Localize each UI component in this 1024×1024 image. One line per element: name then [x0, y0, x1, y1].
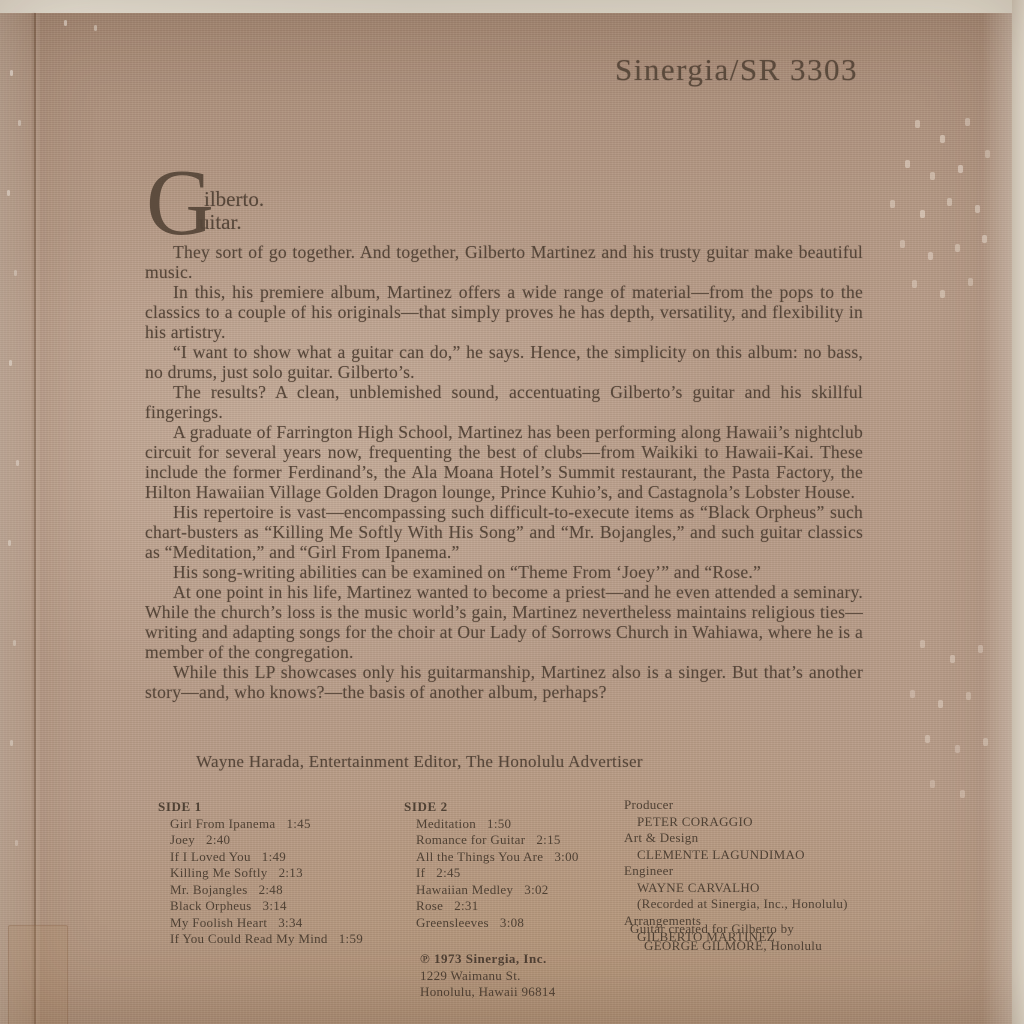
track-title: My Foolish Heart	[170, 915, 267, 930]
side1-tracklist: SIDE 1 Girl From Ipanema1:45 Joey2:40 If…	[158, 799, 363, 948]
track-time: 2:40	[206, 832, 230, 847]
liner-paragraph: A graduate of Farrington High School, Ma…	[145, 422, 863, 502]
credit-entry: Art & Design CLEMENTE LAGUNDIMAO	[624, 830, 848, 863]
track-title: If I Loved You	[170, 849, 251, 864]
price-sticker-residue	[8, 925, 68, 1024]
track-time: 2:13	[279, 865, 303, 880]
side1-tracks: Girl From Ipanema1:45 Joey2:40 If I Love…	[170, 816, 363, 948]
side2-label: SIDE 2	[404, 799, 579, 816]
side2-tracks: Meditation1:50 Romance for Guitar2:15 Al…	[416, 816, 579, 932]
track-title: Meditation	[416, 816, 476, 831]
catalog-number: Sinergia/SR 3303	[615, 52, 858, 88]
shrinkwrap-right-edge	[1012, 0, 1024, 1024]
track-row: Girl From Ipanema1:45	[170, 816, 363, 833]
side2-tracklist: SIDE 2 Meditation1:50 Romance for Guitar…	[404, 799, 579, 931]
liner-notes: They sort of go together. And together, …	[145, 242, 863, 702]
track-time: 3:14	[263, 898, 287, 913]
guitar-credit-name: GEORGE GILMORE, Honolulu	[644, 938, 822, 955]
credit-role: Engineer	[624, 863, 848, 880]
track-time: 3:34	[278, 915, 302, 930]
track-row: Meditation1:50	[416, 816, 579, 833]
track-title: Mr. Bojangles	[170, 882, 248, 897]
shrinkwrap-crinkles	[0, 0, 5, 8]
track-title: Rose	[416, 898, 443, 913]
shrinkwrap-right-sheen	[982, 13, 1012, 1024]
track-time: 3:00	[554, 849, 578, 864]
track-row: If I Loved You1:49	[170, 849, 363, 866]
track-title: All the Things You Are	[416, 849, 543, 864]
track-title: Black Orpheus	[170, 898, 252, 913]
track-title: If You Could Read My Mind	[170, 931, 328, 946]
track-row: Killing Me Softly2:13	[170, 865, 363, 882]
track-time: 1:50	[487, 816, 511, 831]
shrinkwrap-streaks	[4, 40, 7, 46]
side1-label: SIDE 1	[158, 799, 363, 816]
track-title: Killing Me Softly	[170, 865, 268, 880]
track-title: Hawaiian Medley	[416, 882, 513, 897]
address-street: 1229 Waimanu St.	[420, 968, 556, 985]
track-row: Greensleeves3:08	[416, 915, 579, 932]
title-guitar: uitar.	[199, 210, 242, 235]
track-row: Black Orpheus3:14	[170, 898, 363, 915]
track-row: Romance for Guitar2:15	[416, 832, 579, 849]
track-row: If You Could Read My Mind1:59	[170, 931, 363, 948]
liner-paragraph: His repertoire is vast—encompassing such…	[145, 502, 863, 562]
track-title: If	[416, 865, 425, 880]
track-row: Joey2:40	[170, 832, 363, 849]
credit-role: Producer	[624, 797, 848, 814]
track-title: Greensleeves	[416, 915, 489, 930]
publisher-block: ℗ 1973 Sinergia, Inc. 1229 Waimanu St. H…	[420, 951, 556, 1001]
liner-paragraph: While this LP showcases only his guitarm…	[145, 662, 863, 702]
credit-note: (Recorded at Sinergia, Inc., Honolulu)	[637, 896, 848, 913]
credit-entry: Producer PETER CORAGGIO	[624, 797, 848, 830]
address-city: Honolulu, Hawaii 96814	[420, 984, 556, 1001]
credit-entry: Engineer WAYNE CARVALHO (Recorded at Sin…	[624, 863, 848, 913]
jacket-spine-seam	[34, 13, 36, 1024]
track-title: Joey	[170, 832, 195, 847]
track-row: My Foolish Heart3:34	[170, 915, 363, 932]
copyright-line: ℗ 1973 Sinergia, Inc.	[420, 951, 556, 968]
credit-name: WAYNE CARVALHO	[637, 880, 848, 897]
track-row: All the Things You Are3:00	[416, 849, 579, 866]
title-gilberto: ilberto.	[204, 187, 264, 212]
track-row: Rose2:31	[416, 898, 579, 915]
track-row: Hawaiian Medley3:02	[416, 882, 579, 899]
credit-name: PETER CORAGGIO	[637, 814, 848, 831]
liner-paragraph: “I want to show what a guitar can do,” h…	[145, 342, 863, 382]
track-time: 2:45	[436, 865, 460, 880]
track-row: If2:45	[416, 865, 579, 882]
liner-paragraph: The results? A clean, unblemished sound,…	[145, 382, 863, 422]
track-time: 2:48	[259, 882, 283, 897]
track-title: Romance for Guitar	[416, 832, 525, 847]
track-time: 2:31	[454, 898, 478, 913]
track-row: Mr. Bojangles2:48	[170, 882, 363, 899]
track-title: Girl From Ipanema	[170, 816, 275, 831]
guitar-credit-line: Guitar created for Gilberto by	[630, 921, 822, 938]
track-time: 3:02	[524, 882, 548, 897]
guitar-credit: Guitar created for Gilberto by GEORGE GI…	[630, 921, 822, 954]
liner-paragraph: At one point in his life, Martinez wante…	[145, 582, 863, 662]
liner-paragraph: His song-writing abilities can be examin…	[145, 562, 863, 582]
track-time: 2:15	[536, 832, 560, 847]
track-time: 3:08	[500, 915, 524, 930]
credit-name: CLEMENTE LAGUNDIMAO	[637, 847, 848, 864]
liner-paragraph: They sort of go together. And together, …	[145, 242, 863, 282]
shrinkwrap-top-edge	[0, 0, 1024, 13]
shrinkwrap-left-fold	[0, 13, 34, 1024]
track-time: 1:59	[339, 931, 363, 946]
byline: Wayne Harada, Entertainment Editor, The …	[196, 752, 643, 772]
liner-paragraph: In this, his premiere album, Martinez of…	[145, 282, 863, 342]
credit-role: Art & Design	[624, 830, 848, 847]
track-time: 1:45	[286, 816, 310, 831]
track-time: 1:49	[262, 849, 286, 864]
